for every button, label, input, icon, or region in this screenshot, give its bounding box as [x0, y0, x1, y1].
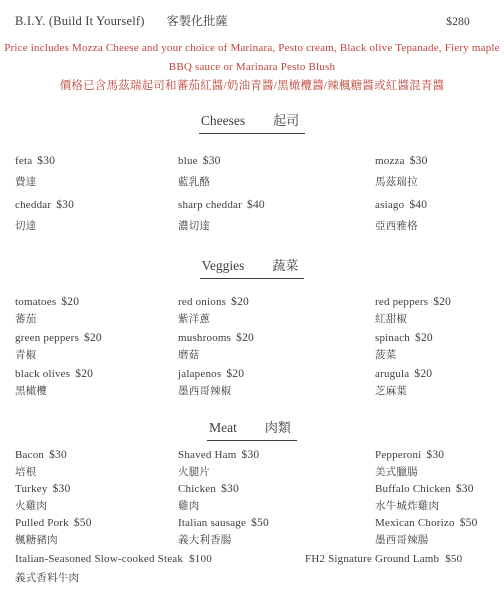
item-price: $20	[226, 368, 244, 380]
menu-item: sharp cheddar$40 濃切達	[178, 194, 375, 238]
item-price: $100	[189, 553, 212, 565]
item-price: $30	[49, 449, 67, 461]
item-price: $40	[247, 199, 265, 211]
menu-item: mushrooms$20 磨菇	[178, 329, 375, 365]
section-title-cheeses: Cheeses起司	[0, 111, 504, 134]
page-title: B.I.Y. (Build It Yourself)	[15, 12, 145, 30]
item-price: $20	[231, 296, 249, 308]
section-title-zh: 起司	[273, 113, 299, 128]
item-name-zh: 費達	[15, 172, 178, 194]
item-name-zh: 墨西哥辣腸	[375, 532, 504, 549]
item-price: $30	[37, 155, 55, 167]
page-title-zh: 客製化批薩	[167, 12, 228, 30]
item-price: $30	[221, 483, 239, 495]
menu-item: Pulled Pork$50 楓糖豬肉	[15, 515, 178, 549]
item-price: $20	[433, 296, 451, 308]
item-name: blue	[178, 155, 198, 167]
section-title-en: Meat	[209, 420, 237, 435]
item-name: mozza	[375, 155, 405, 167]
item-name-zh: 濃切達	[178, 216, 375, 238]
item-name: spinach	[375, 332, 410, 344]
item-name: Bacon	[15, 449, 44, 461]
menu-item: Buffalo Chicken$30 水牛城炸雞肉	[375, 481, 504, 515]
item-name: arugula	[375, 368, 409, 380]
note-line-zh: 價格已含馬茲瑞起司和蕃茄紅醬/奶油青醬/黑橄欖醬/辣楓糖醬或紅醬混青醬	[0, 77, 504, 96]
item-name-zh: 義式香料牛肉	[15, 569, 504, 588]
item-name: red onions	[178, 296, 226, 308]
item-name: Buffalo Chicken	[375, 483, 451, 495]
item-name-zh: 紫洋蔥	[178, 311, 375, 329]
menu-item: cheddar$30 切達	[15, 194, 178, 238]
menu-item: Chicken$30 雞肉	[178, 481, 375, 515]
item-name-zh: 馬茲瑞拉	[375, 172, 504, 194]
menu-item: blue$30 藍乳酪	[178, 150, 375, 194]
item-price: $30	[56, 199, 74, 211]
menu-item: red onions$20 紫洋蔥	[178, 293, 375, 329]
note-line-2: BBQ sauce or Marinara Pesto Blush	[0, 58, 504, 77]
item-price: $20	[236, 332, 254, 344]
item-name-zh: 青椒	[15, 347, 178, 365]
section-title-meat: Meat肉類	[0, 418, 504, 441]
menu-item: Italian sausage$50 義大利香腸	[178, 515, 375, 549]
item-price: $20	[414, 368, 432, 380]
item-name: cheddar	[15, 199, 51, 211]
item-name-zh: 藍乳酪	[178, 172, 375, 194]
menu-item: FH2 Signature Ground Lamb$50	[305, 549, 462, 569]
section-title-en: Cheeses	[201, 113, 245, 128]
menu-item: feta$30 費達	[15, 150, 178, 194]
item-price: $20	[84, 332, 102, 344]
item-price: $50	[445, 553, 462, 565]
menu-item: Shaved Ham$30 火腿片	[178, 447, 375, 481]
item-name: Turkey	[15, 483, 48, 495]
item-name-zh: 紅甜椒	[375, 311, 504, 329]
section-title-en: Veggies	[202, 258, 245, 273]
item-name: asiago	[375, 199, 404, 211]
item-name-zh: 火雞肉	[15, 498, 178, 515]
item-name-zh: 楓糖豬肉	[15, 532, 178, 549]
item-name-zh: 蕃茄	[15, 311, 178, 329]
item-name: sharp cheddar	[178, 199, 242, 211]
item-name: jalapenos	[178, 368, 221, 380]
item-name: Chicken	[178, 483, 216, 495]
note-line-1: Price includes Mozza Cheese and your cho…	[0, 39, 504, 58]
item-price: $20	[75, 368, 93, 380]
item-price: $20	[61, 296, 79, 308]
menu-item: Turkey$30 火雞肉	[15, 481, 178, 515]
item-price: $20	[415, 332, 433, 344]
item-price: $50	[460, 517, 478, 529]
menu-item: Mexican Chorizo$50 墨西哥辣腸	[375, 515, 504, 549]
item-price: $50	[251, 517, 269, 529]
item-price: $30	[456, 483, 474, 495]
item-price: $30	[242, 449, 260, 461]
item-name-zh: 雞肉	[178, 498, 375, 515]
item-name-zh: 義大利香腸	[178, 532, 375, 549]
menu-item: spinach$20 菠菜	[375, 329, 504, 365]
item-price: $30	[410, 155, 428, 167]
menu-item: mozza$30 馬茲瑞拉	[375, 150, 504, 194]
item-name-zh: 培根	[15, 464, 178, 481]
item-name-zh: 墨西哥辣椒	[178, 383, 375, 401]
section-title-veggies: Veggies蔬菜	[0, 256, 504, 279]
item-price: $30	[203, 155, 221, 167]
item-name: black olives	[15, 368, 70, 380]
item-name-zh: 火腿片	[178, 464, 375, 481]
price-notes: Price includes Mozza Cheese and your cho…	[0, 39, 504, 96]
section-title-underline: Meat肉類	[207, 418, 297, 441]
item-name-zh: 黑橄欖	[15, 383, 178, 401]
item-name: mushrooms	[178, 332, 231, 344]
item-name-zh: 亞西雅格	[375, 216, 504, 238]
item-name-zh: 切達	[15, 216, 178, 238]
menu-item: Bacon$30 培根	[15, 447, 178, 481]
menu-item: tomatoes$20 蕃茄	[15, 293, 178, 329]
menu-item: arugula$20 芝麻葉	[375, 365, 504, 401]
item-name-zh: 磨菇	[178, 347, 375, 365]
item-name: Italian sausage	[178, 517, 246, 529]
item-name: Pepperoni	[375, 449, 421, 461]
item-name: Italian-Seasoned Slow-cooked Steak	[15, 553, 183, 565]
item-name: FH2 Signature Ground Lamb	[305, 553, 439, 565]
veggies-grid: tomatoes$20 蕃茄 red onions$20 紫洋蔥 red pep…	[15, 293, 504, 401]
item-price: $30	[426, 449, 444, 461]
item-name-zh: 水牛城炸雞肉	[375, 498, 504, 515]
item-name-zh: 芝麻葉	[375, 383, 504, 401]
menu-item: Pepperoni$30 美式臘腸	[375, 447, 504, 481]
menu-item: asiago$40 亞西雅格	[375, 194, 504, 238]
meat-grid: Bacon$30 培根 Shaved Ham$30 火腿片 Pepperoni$…	[15, 447, 504, 549]
item-price: $30	[53, 483, 71, 495]
item-name-zh: 菠菜	[375, 347, 504, 365]
item-name: feta	[15, 155, 32, 167]
cheeses-grid: feta$30 費達 blue$30 藍乳酪 mozza$30 馬茲瑞拉 che…	[15, 150, 504, 238]
item-name: red peppers	[375, 296, 428, 308]
item-name: Mexican Chorizo	[375, 517, 455, 529]
item-name: tomatoes	[15, 296, 56, 308]
header-row: B.I.Y. (Build It Yourself) 客製化批薩 $280	[15, 12, 504, 31]
menu-item: red peppers$20 紅甜椒	[375, 293, 504, 329]
menu-item: black olives$20 黑橄欖	[15, 365, 178, 401]
item-price: $40	[409, 199, 427, 211]
item-name: Pulled Pork	[15, 517, 69, 529]
menu-item: green peppers$20 青椒	[15, 329, 178, 365]
page-price: $280	[446, 13, 470, 31]
item-name: Shaved Ham	[178, 449, 237, 461]
item-price: $50	[74, 517, 92, 529]
menu-page: B.I.Y. (Build It Yourself) 客製化批薩 $280 Pr…	[0, 0, 504, 600]
section-title-underline: Cheeses起司	[199, 111, 305, 134]
section-title-underline: Veggies蔬菜	[200, 256, 305, 279]
item-name-zh: 美式臘腸	[375, 464, 504, 481]
item-name: green peppers	[15, 332, 79, 344]
menu-item: jalapenos$20 墨西哥辣椒	[178, 365, 375, 401]
section-title-zh: 蔬菜	[272, 258, 298, 273]
section-title-zh: 肉類	[265, 420, 291, 435]
meat-footer-row: Italian-Seasoned Slow-cooked Steak$100 義…	[15, 549, 504, 593]
